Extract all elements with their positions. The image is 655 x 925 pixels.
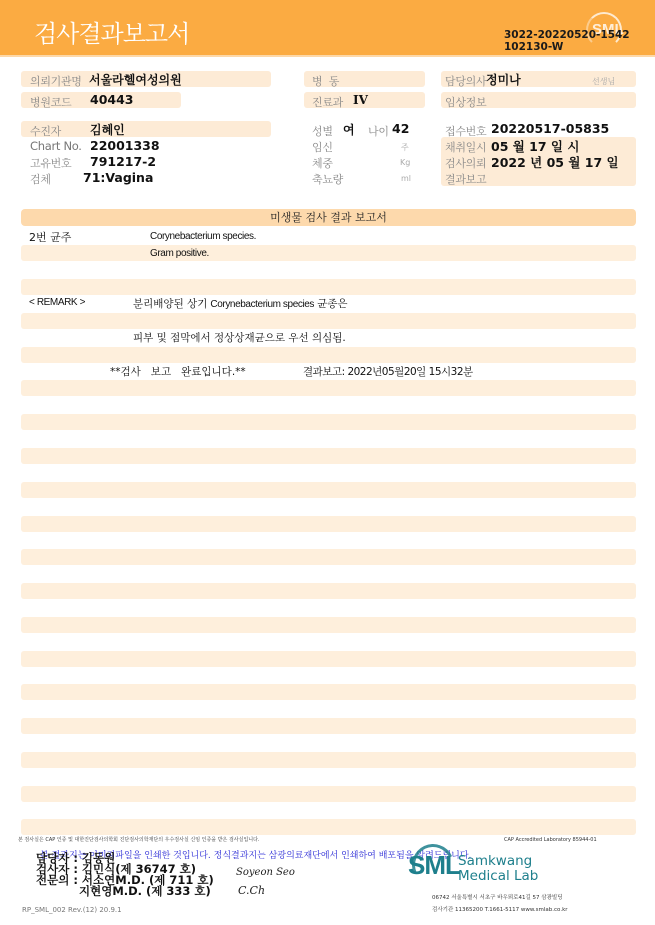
institution-label: 의뢰기관명 [30,73,82,89]
patient-id: 791217-2 [90,154,156,169]
isolate-label: 2번 균주 [29,229,71,245]
report-header: 검사결과보고서 SML 3022-20220520-1542 102130-W [0,0,655,57]
revision-code: RP_SML_002 Rev.(12) 20.9.1 [22,906,122,914]
signature-1: Soyeon Seo [236,867,295,878]
remark-line-2: 피부 및 점막에서 정상상재균으로 우선 의심됨. [133,330,346,345]
cap-accreditation: CAP Accredited Laboratory 85944-01 [504,837,597,843]
patient-name-label: 수진자 [30,123,61,139]
receipt-no: 20220517-05835 [491,121,609,136]
chart-no: 22001338 [90,138,160,153]
sex-label: 성별 [312,123,333,139]
patient-name: 김혜인 [90,121,125,138]
ward-label: 병 동 [312,73,339,89]
sml-mark: SML [408,850,460,881]
sex-value: 여 [343,121,355,138]
age-value: 42 [392,121,409,136]
receipt-no-label: 접수번호 [445,123,486,139]
chart-no-label: Chart No. [30,139,82,153]
remark-line-1: 분리배양된 상기 Corynebacterium species 균종은 [133,296,348,311]
isolate-gram: Gram positive. [150,248,209,259]
isolate-organism: Corynebacterium species. [150,231,256,242]
patient-id-label: 고유번호 [30,155,71,171]
lab-contact: 검사기관 11365200 T.1661-5117 www.smlab.co.k… [432,905,568,913]
certification-fine-print: 본 검사실은 CAP 인증 및 대한진단검사의학회 진단검사의학재단의 우수검사… [18,836,260,843]
urine-unit: ml [401,174,411,183]
signature-2: C.Ch [238,884,265,897]
requested-date: 2022 년 05 월 17 일 [491,153,619,171]
report-code: 3022-20220520-1542 102130-W [504,29,630,53]
department-value: IV [353,93,368,107]
hospital-code: 40443 [90,92,134,107]
collected-label: 채취일시 [445,139,486,155]
doctor-name: 정미나 [486,71,521,88]
weight-label: 체중 [312,155,333,171]
requested-label: 검사의뢰 [445,155,486,171]
complete-text: **검사 보고 완료입니다.** [110,364,246,379]
reported-label: 결과보고 [445,171,486,187]
department-label: 진료과 [312,94,343,110]
doctor-suffix: 선생님 [592,76,615,87]
staff-specialist-2: 지현영M.D. (제 333 호) [79,885,211,897]
pregnancy-unit: 주 [401,142,409,153]
report-title: 검사결과보고서 [34,14,189,49]
hospital-code-label: 병원코드 [30,94,71,110]
institution-name: 서울라헬여성의원 [89,71,182,88]
remark-label: < REMARK > [29,297,85,308]
age-label: 나이 [368,123,389,139]
section-title: 미생물 검사 결과 보고서 [21,209,636,226]
weight-unit: Kg [400,158,410,167]
urine-label: 축뇨량 [312,171,343,187]
specimen-label: 검체 [30,171,51,187]
clinical-info-label: 임상정보 [445,94,486,110]
pregnancy-label: 임신 [312,139,333,155]
specimen: 71:Vagina [83,170,153,185]
doctor-label: 담당의사 [445,73,486,89]
lab-name: Samkwang Medical Lab [458,854,538,884]
report-time: 결과보고: 2022년05월20일 15시32분 [303,364,473,379]
lab-address: 06742 서울특별시 서초구 바우뫼로41길 57 삼광빌딩 [432,893,563,901]
